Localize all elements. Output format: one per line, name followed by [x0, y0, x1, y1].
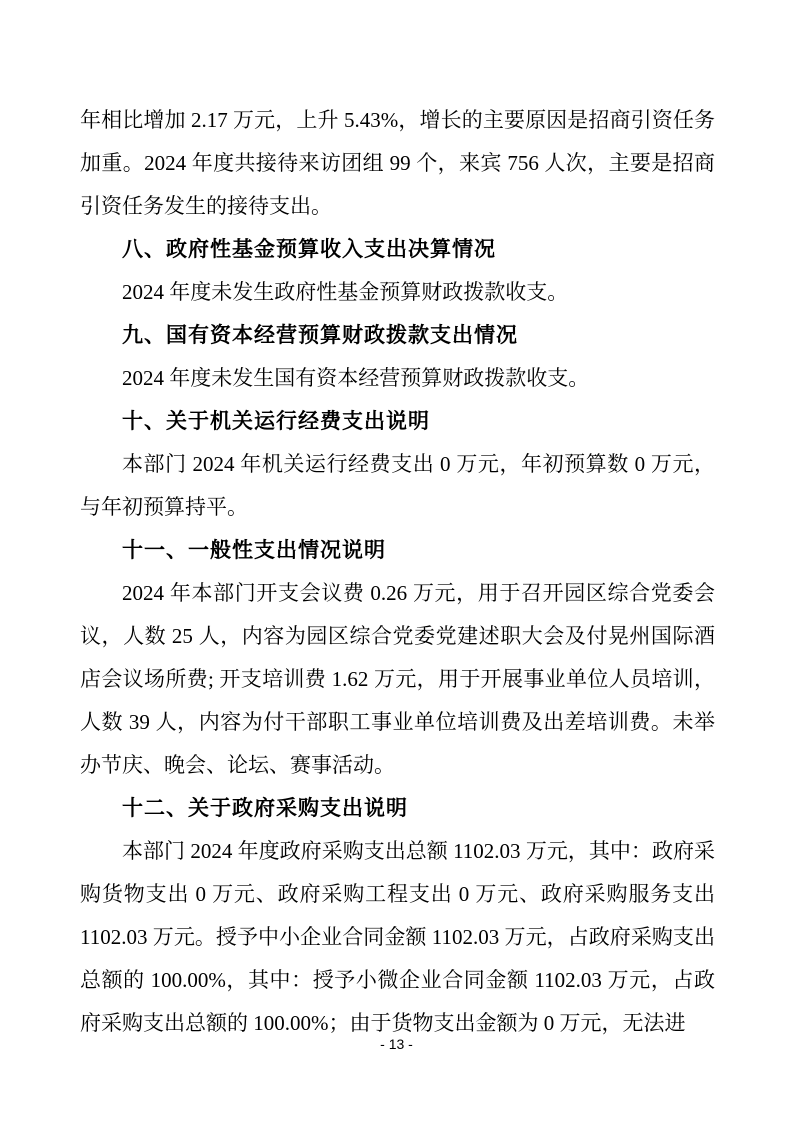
paragraph: 年相比增加 2.17 万元，上升 5.43%，增长的主要原因是招商引资任务加重。… [80, 99, 715, 228]
section-heading: 十、关于机关运行经费支出说明 [80, 400, 715, 443]
page-number: - 13 - [380, 1036, 413, 1052]
paragraph: 2024 年度未发生政府性基金预算财政拨款收支。 [80, 271, 715, 314]
section-heading: 九、国有资本经营预算财政拨款支出情况 [80, 314, 715, 357]
section-heading: 十二、关于政府采购支出说明 [80, 787, 715, 830]
section-heading: 十一、一般性支出情况说明 [80, 529, 715, 572]
document-page: 年相比增加 2.17 万元，上升 5.43%，增长的主要原因是招商引资任务加重。… [0, 0, 793, 1122]
section-heading: 八、政府性基金预算收入支出决算情况 [80, 228, 715, 271]
paragraph: 本部门 2024 年度政府采购支出总额 1102.03 万元，其中：政府采购货物… [80, 830, 715, 1045]
paragraph: 本部门 2024 年机关运行经费支出 0 万元，年初预算数 0 万元，与年初预算… [80, 443, 715, 529]
paragraph: 2024 年度未发生国有资本经营预算财政拨款收支。 [80, 357, 715, 400]
page-footer: - 13 - [0, 1036, 793, 1053]
paragraph: 2024 年本部门开支会议费 0.26 万元，用于召开园区综合党委会议，人数 2… [80, 572, 715, 787]
document-body: 年相比增加 2.17 万元，上升 5.43%，增长的主要原因是招商引资任务加重。… [80, 99, 715, 1045]
